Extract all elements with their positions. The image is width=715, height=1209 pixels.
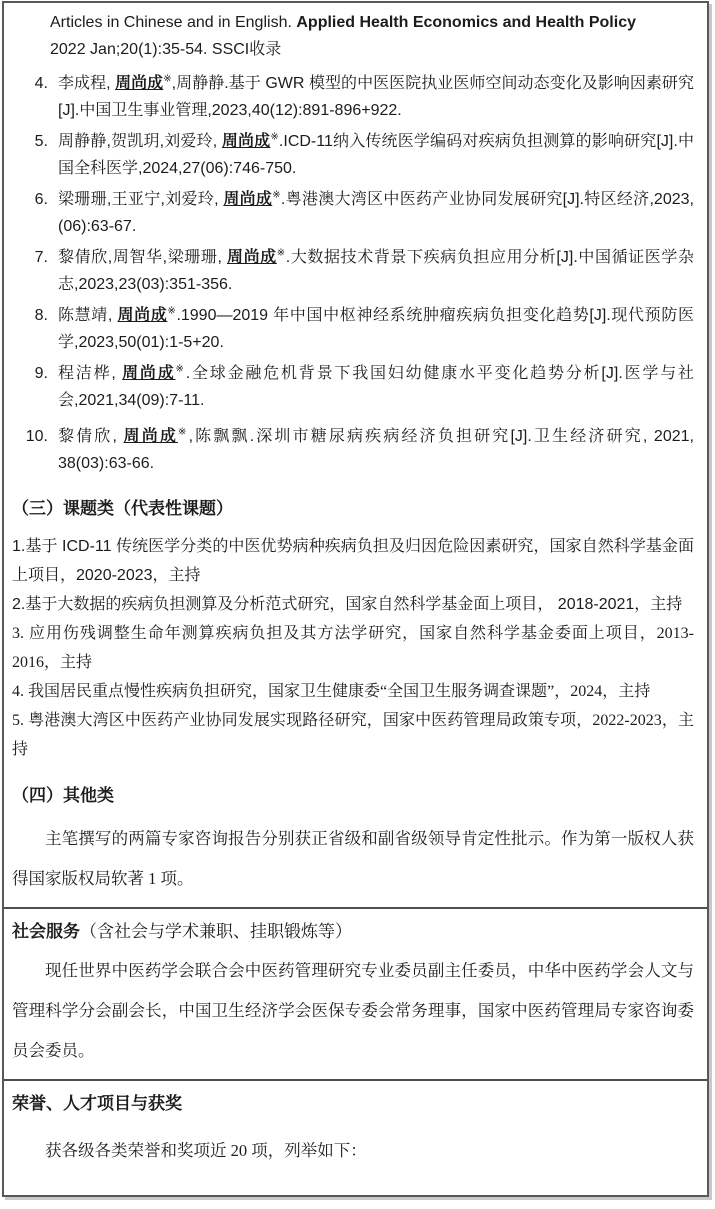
journal-name-bold: Applied Health Economics and Health Poli… xyxy=(296,14,636,31)
corresponding-author-mark: ※ xyxy=(270,132,279,143)
publication-continuation: Articles in Chinese and in English. Appl… xyxy=(50,9,694,63)
publication-item: 8. 陈慧靖, 周尚成※.1990—2019 年中国中枢神经系统肿瘤疾病负担变化… xyxy=(12,302,694,356)
project-list: 1.基于 ICD-11 传统医学分类的中医优势病种疾病负担及归因危险因素研究，国… xyxy=(12,532,694,764)
publication-item: 10. 黎倩欣, 周尚成※,陈飘飘.深圳市糖尿病疾病经济负担研究[J].卫生经济… xyxy=(12,423,694,477)
publication-text: 梁珊珊,王亚宁,刘爱玲, 周尚成※.粤港澳大湾区中医药产业协同发展研究[J].特… xyxy=(58,186,694,240)
corresponding-author-mark: ※ xyxy=(277,248,286,259)
publication-text: 程洁桦, 周尚成※.全球金融危机背景下我国妇幼健康水平变化趋势分析[J].医学与… xyxy=(58,360,694,414)
publication-item: 6. 梁珊珊,王亚宁,刘爱玲, 周尚成※.粤港澳大湾区中医药产业协同发展研究[J… xyxy=(12,186,694,240)
highlighted-author: 周尚成 xyxy=(124,428,178,445)
honors-heading: 荣誉、人才项目与获奖 xyxy=(12,1091,694,1117)
publication-number: 5. xyxy=(12,128,48,182)
section-publications-projects: Articles in Chinese and in English. Appl… xyxy=(4,3,707,907)
corresponding-author-mark: ※ xyxy=(272,190,281,201)
publication-number: 8. xyxy=(12,302,48,356)
social-heading-note: （含社会与学术兼职、挂职锻炼等） xyxy=(80,922,352,941)
project-item: 4. 我国居民重点慢性疾病负担研究，国家卫生健康委“全国卫生服务调查课题”，20… xyxy=(12,677,694,706)
publication-item: 9. 程洁桦, 周尚成※.全球金融危机背景下我国妇幼健康水平变化趋势分析[J].… xyxy=(12,360,694,414)
publication-item: 5. 周静静,贺凯玥,刘爱玲, 周尚成※.ICD-11纳入传统医学编码对疾病负担… xyxy=(12,128,694,182)
publication-number: 10. xyxy=(12,423,48,477)
publication-item: 4. 李成程, 周尚成※,周静静.基于 GWR 模型的中医医院执业医师空间动态变… xyxy=(12,70,694,124)
publication-number: 4. xyxy=(12,70,48,124)
publication-text: 李成程, 周尚成※,周静静.基于 GWR 模型的中医医院执业医师空间动态变化及影… xyxy=(58,70,694,124)
projects-heading: （三）课题类（代表性课题） xyxy=(12,495,694,522)
publication-number: 7. xyxy=(12,244,48,298)
section-honors: 荣誉、人才项目与获奖 获各级各类荣誉和奖项近 20 项，列举如下： xyxy=(4,1079,707,1195)
project-item: 1.基于 ICD-11 传统医学分类的中医优势病种疾病负担及归因危险因素研究，国… xyxy=(12,532,694,590)
social-heading-title: 社会服务 xyxy=(12,922,80,941)
publication-item: 7. 黎倩欣,周智华,梁珊珊, 周尚成※.大数据技术背景下疾病负担应用分析[J]… xyxy=(12,244,694,298)
highlighted-author: 周尚成 xyxy=(223,191,272,208)
publication-text: 黎倩欣, 周尚成※,陈飘飘.深圳市糖尿病疾病经济负担研究[J].卫生经济研究, … xyxy=(58,423,694,477)
publication-number: 9. xyxy=(12,360,48,414)
social-paragraph: 现任世界中医药学会联合会中医药管理研究专业委员副主任委员，中华中医药学会人文与管… xyxy=(12,951,694,1071)
publication-text: 陈慧靖, 周尚成※.1990—2019 年中国中枢神经系统肿瘤疾病负担变化趋势[… xyxy=(58,302,694,356)
other-paragraph: 主笔撰写的两篇专家咨询报告分别获正省级和副省级领导肯定性批示。作为第一版权人获得… xyxy=(12,819,694,899)
publication-text: 周静静,贺凯玥,刘爱玲, 周尚成※.ICD-11纳入传统医学编码对疾病负担测算的… xyxy=(58,128,694,182)
section-social-service: 社会服务（含社会与学术兼职、挂职锻炼等） 现任世界中医药学会联合会中医药管理研究… xyxy=(4,907,707,1079)
highlighted-author: 周尚成 xyxy=(117,307,167,324)
social-heading: 社会服务（含社会与学术兼职、挂职锻炼等） xyxy=(12,919,694,945)
other-heading: （四）其他类 xyxy=(12,782,694,809)
corresponding-author-mark: ※ xyxy=(178,427,189,438)
highlighted-author: 周尚成 xyxy=(222,133,271,150)
honors-paragraph: 获各级各类荣誉和奖项近 20 项，列举如下： xyxy=(12,1131,694,1171)
document-page: Articles in Chinese and in English. Appl… xyxy=(2,1,709,1197)
publication-list: 4. 李成程, 周尚成※,周静静.基于 GWR 模型的中医医院执业医师空间动态变… xyxy=(12,70,694,477)
highlighted-author: 周尚成 xyxy=(227,249,277,266)
project-item: 3. 应用伤残调整生命年测算疾病负担及其方法学研究，国家自然科学基金委面上项目，… xyxy=(12,619,694,677)
publication-text: 黎倩欣,周智华,梁珊珊, 周尚成※.大数据技术背景下疾病负担应用分析[J].中国… xyxy=(58,244,694,298)
corresponding-author-mark: ※ xyxy=(176,364,186,375)
continuation-line1: Articles in Chinese and in English. Appl… xyxy=(50,9,694,36)
project-item: 2.基于大数据的疾病负担测算及分析范式研究，国家自然科学基金面上项目， 2018… xyxy=(12,590,694,619)
publication-number: 6. xyxy=(12,186,48,240)
highlighted-author: 周尚成 xyxy=(122,365,175,382)
highlighted-author: 周尚成 xyxy=(115,75,163,92)
project-item: 5. 粤港澳大湾区中医药产业协同发展实现路径研究，国家中医药管理局政策专项，20… xyxy=(12,706,694,764)
continuation-line2: 2022 Jan;20(1):35-54. SSCI收录 xyxy=(50,36,694,63)
corresponding-author-mark: ※ xyxy=(163,74,171,85)
